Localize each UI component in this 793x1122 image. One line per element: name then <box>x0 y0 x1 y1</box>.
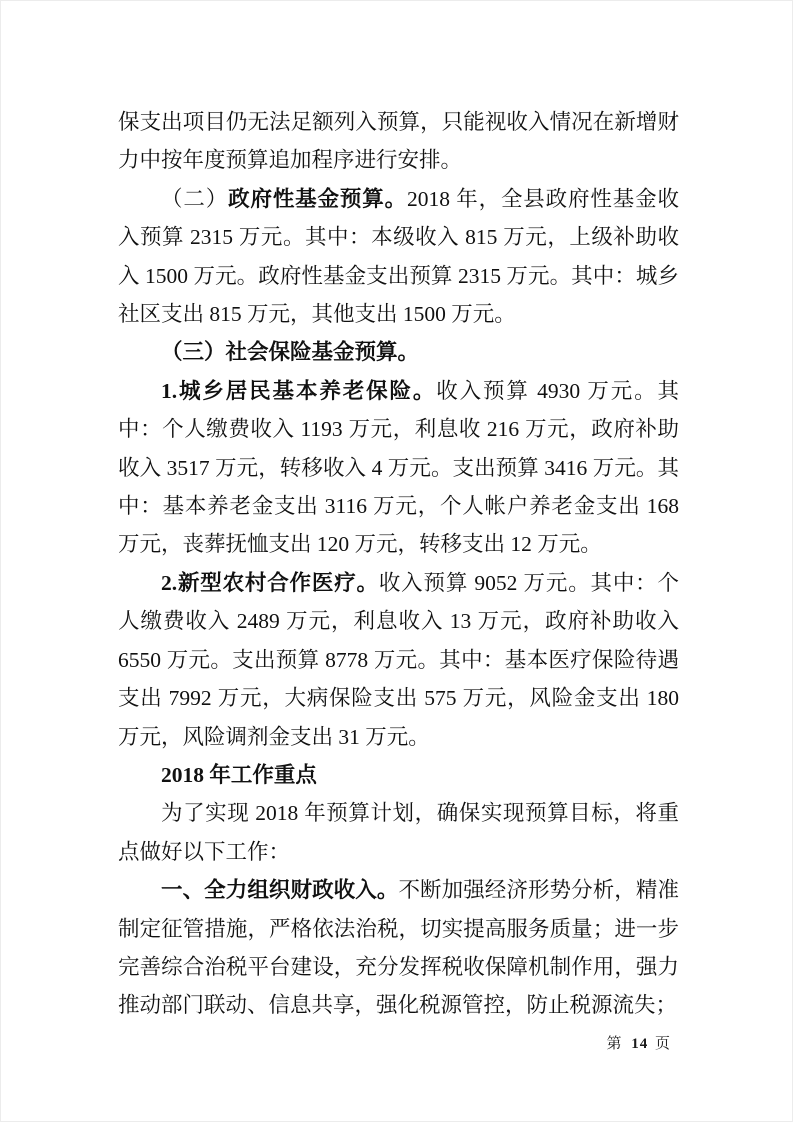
section-heading: （三）社会保险基金预算。 <box>118 333 679 371</box>
section-heading: 2018 年工作重点 <box>118 756 679 794</box>
text-run: （二） <box>161 187 228 211</box>
paragraph: 1.城乡居民基本养老保险。收入预算 4930 万元。其中：个人缴费收入 1193… <box>118 372 679 564</box>
bold-text-run: 2018 年工作重点 <box>161 763 317 787</box>
paragraph: 一、全力组织财政收入。不断加强经济形势分析，精准制定征管措施，严格依法治税，切实… <box>118 871 679 1025</box>
text-run: 页 <box>648 1036 673 1052</box>
bold-text-run: 1.城乡居民基本养老保险。 <box>161 379 436 403</box>
text-run: 为了实现 2018 年预算计划，确保实现预算目标，将重点做好以下工作： <box>118 801 679 863</box>
text-run: 第 <box>606 1036 631 1052</box>
bold-text-run: 一、全力组织财政收入。 <box>161 878 398 902</box>
paragraph: 保支出项目仍无法足额列入预算，只能视收入情况在新增财力中按年度预算追加程序进行安… <box>118 103 679 180</box>
document-page: 保支出项目仍无法足额列入预算，只能视收入情况在新增财力中按年度预算追加程序进行安… <box>0 0 793 1122</box>
bold-text-run: （三）社会保险基金预算。 <box>161 340 419 364</box>
text-run: 收入预算 9052 万元。其中：个人缴费收入 2489 万元，利息收入 13 万… <box>118 571 679 749</box>
text-run: 保支出项目仍无法足额列入预算，只能视收入情况在新增财力中按年度预算追加程序进行安… <box>118 110 679 172</box>
bold-text-run: 2.新型农村合作医疗。 <box>161 571 379 595</box>
bold-text-run: 政府性基金预算。 <box>228 187 407 211</box>
bold-text-run: 14 <box>631 1036 648 1052</box>
text-run: 收入预算 4930 万元。其中：个人缴费收入 1193 万元，利息收 216 万… <box>118 379 679 557</box>
paragraph: 2.新型农村合作医疗。收入预算 9052 万元。其中：个人缴费收入 2489 万… <box>118 564 679 756</box>
paragraph: 为了实现 2018 年预算计划，确保实现预算目标，将重点做好以下工作： <box>118 794 679 871</box>
page-footer: 第 14 页 <box>606 1034 673 1054</box>
paragraph: （二）政府性基金预算。2018 年，全县政府性基金收入预算 2315 万元。其中… <box>118 180 679 334</box>
document-body: 保支出项目仍无法足额列入预算，只能视收入情况在新增财力中按年度预算追加程序进行安… <box>118 103 679 1025</box>
